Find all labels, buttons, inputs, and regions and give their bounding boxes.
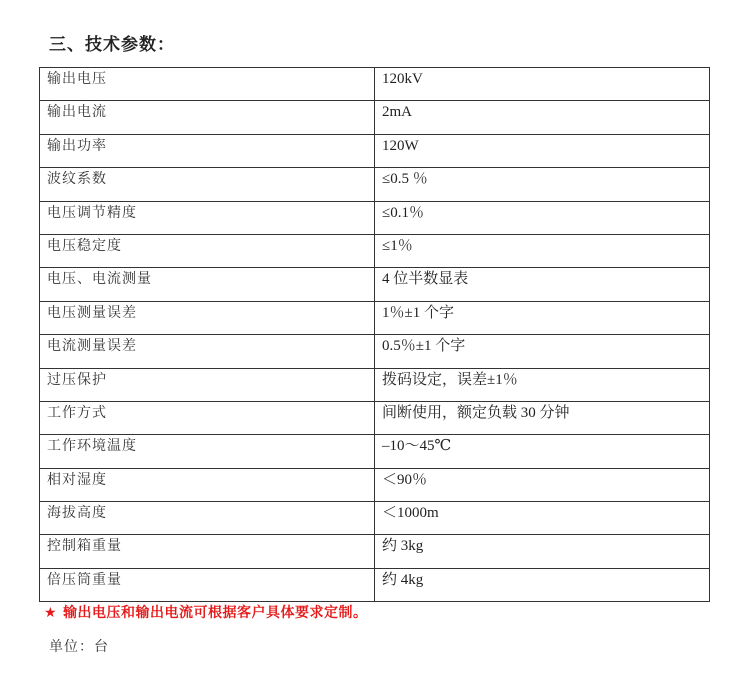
row-value: 1％±1 个字: [375, 301, 710, 334]
row-label: 电压调节精度: [40, 201, 375, 234]
row-value: 拨码设定，误差±1％: [375, 368, 710, 401]
row-value: 0.5％±1 个字: [375, 335, 710, 368]
row-label: 电压稳定度: [40, 234, 375, 267]
row-label: 电压测量误差: [40, 301, 375, 334]
row-label: 电流测量误差: [40, 335, 375, 368]
table-row: 电压、电流测量4 位半数显表: [40, 268, 710, 301]
section-heading: 三、技术参数：: [49, 30, 175, 55]
row-value: ＜90％: [375, 468, 710, 501]
table-row: 输出功率120W: [40, 134, 710, 167]
row-label: 控制箱重量: [40, 535, 375, 568]
note-text: 输出电压和输出电流可根据客户具体要求定制。: [63, 605, 368, 621]
table-row: 电流测量误差0.5％±1 个字: [40, 335, 710, 368]
row-value: 约 3kg: [375, 535, 710, 568]
row-value: 120kV: [375, 68, 710, 101]
star-icon: ★: [44, 605, 57, 621]
row-value: ＜1000m: [375, 502, 710, 535]
row-value: 间断使用，额定负载 30 分钟: [375, 401, 710, 434]
row-label: 输出功率: [40, 134, 375, 167]
spec-table: 输出电压120kV 输出电流2mA 输出功率120W 波纹系数≤0.5 ％ 电压…: [39, 67, 710, 602]
table-row: 倍压筒重量约 4kg: [40, 568, 710, 601]
row-label: 工作环境温度: [40, 435, 375, 468]
row-label: 波纹系数: [40, 168, 375, 201]
table-row: 过压保护拨码设定，误差±1％: [40, 368, 710, 401]
table-row: 相对湿度＜90％: [40, 468, 710, 501]
row-value: ≤0.5 ％: [375, 168, 710, 201]
row-label: 倍压筒重量: [40, 568, 375, 601]
table-row: 工作环境温度–10～45℃: [40, 435, 710, 468]
row-value: –10～45℃: [375, 435, 710, 468]
row-label: 相对湿度: [40, 468, 375, 501]
table-row: 电压测量误差1％±1 个字: [40, 301, 710, 334]
table-row: 输出电流2mA: [40, 101, 710, 134]
unit-label: 单位：台: [49, 636, 109, 656]
table-row: 电压稳定度≤1％: [40, 234, 710, 267]
table-row: 工作方式间断使用，额定负载 30 分钟: [40, 401, 710, 434]
table-row: 输出电压120kV: [40, 68, 710, 101]
row-label: 海拔高度: [40, 502, 375, 535]
row-value: 约 4kg: [375, 568, 710, 601]
row-value: ≤0.1％: [375, 201, 710, 234]
table-row: 控制箱重量约 3kg: [40, 535, 710, 568]
row-value: 4 位半数显表: [375, 268, 710, 301]
row-label: 过压保护: [40, 368, 375, 401]
customization-note: ★输出电压和输出电流可根据客户具体要求定制。: [44, 602, 368, 622]
table-row: 波纹系数≤0.5 ％: [40, 168, 710, 201]
row-value: ≤1％: [375, 234, 710, 267]
row-value: 120W: [375, 134, 710, 167]
row-label: 电压、电流测量: [40, 268, 375, 301]
row-label: 工作方式: [40, 401, 375, 434]
row-value: 2mA: [375, 101, 710, 134]
table-row: 电压调节精度≤0.1％: [40, 201, 710, 234]
row-label: 输出电流: [40, 101, 375, 134]
row-label: 输出电压: [40, 68, 375, 101]
table-row: 海拔高度＜1000m: [40, 502, 710, 535]
